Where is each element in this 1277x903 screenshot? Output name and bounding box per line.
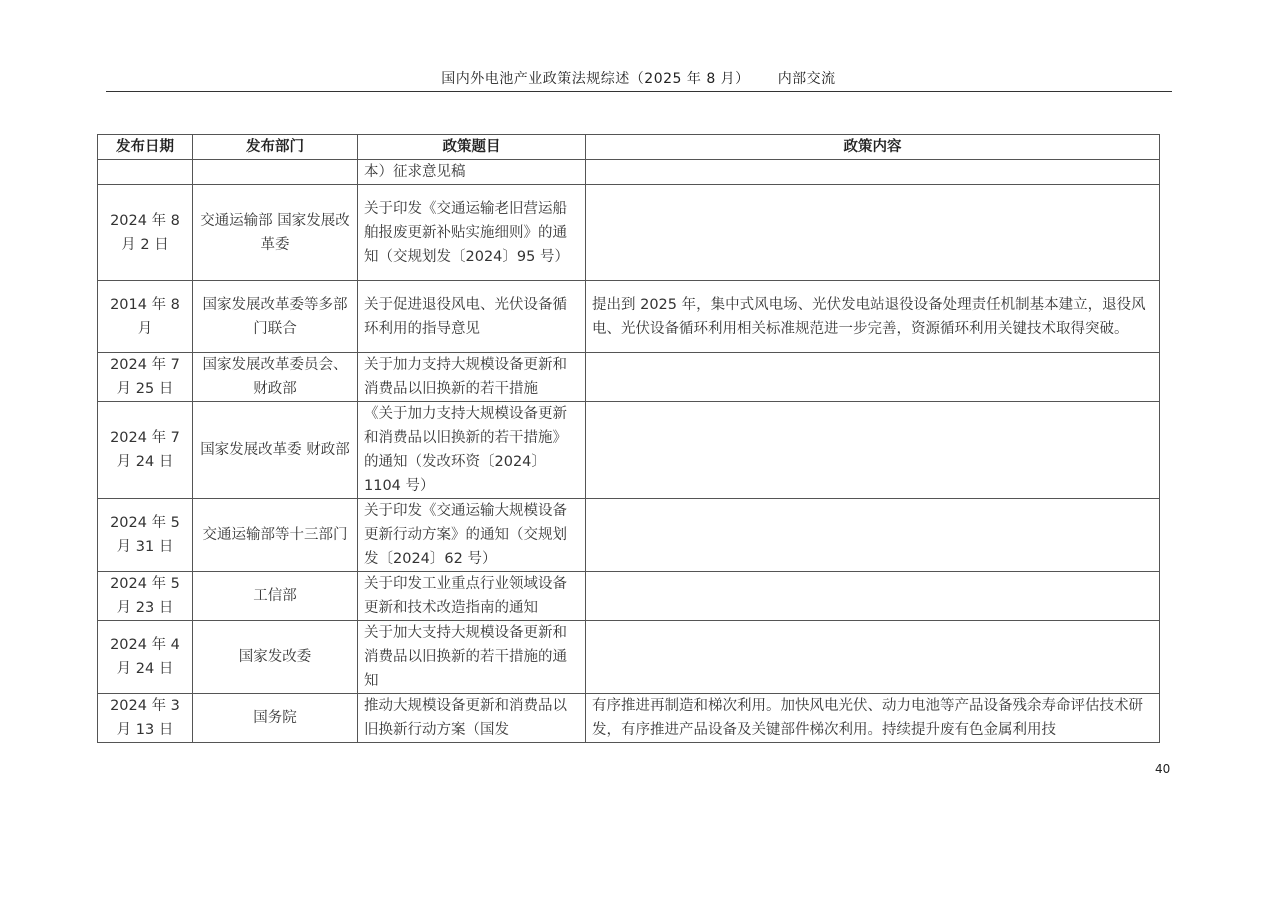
cell-policy-content: 提出到 2025 年，集中式风电场、光伏发电站退役设备处理责任机制基本建立，退役… <box>586 281 1160 353</box>
cell-date: 2014 年 8 月 <box>98 281 193 353</box>
cell-date: 2024 年 5 月 31 日 <box>98 499 193 572</box>
cell-department: 交通运输部等十三部门 <box>193 499 358 572</box>
table-row: 2024 年 4 月 24 日 国家发改委 关于加大支持大规模设备更新和消费品以… <box>98 621 1160 694</box>
cell-policy-title: 推动大规模设备更新和消费品以旧换新行动方案（国发 <box>358 694 586 743</box>
policy-table: 发布日期 发布部门 政策题目 政策内容 本）征求意见稿 2024 年 8 月 2… <box>97 134 1160 743</box>
document-title: 国内外电池产业政策法规综述（2025 年 8 月） <box>441 71 749 87</box>
table-row: 2024 年 7 月 25 日 国家发展改革委员会、财政部 关于加力支持大规模设… <box>98 353 1160 402</box>
cell-department <box>193 160 358 185</box>
cell-policy-content <box>586 572 1160 621</box>
cell-policy-title: 关于印发工业重点行业领域设备更新和技术改造指南的通知 <box>358 572 586 621</box>
page-header: 国内外电池产业政策法规综述（2025 年 8 月）内部交流 <box>0 68 1277 88</box>
cell-date: 2024 年 8 月 2 日 <box>98 185 193 281</box>
table-row: 本）征求意见稿 <box>98 160 1160 185</box>
cell-policy-content <box>586 621 1160 694</box>
cell-policy-content <box>586 353 1160 402</box>
column-header-policy-content: 政策内容 <box>586 135 1160 160</box>
cell-date: 2024 年 5 月 23 日 <box>98 572 193 621</box>
cell-department: 国家发改委 <box>193 621 358 694</box>
column-header-policy-title: 政策题目 <box>358 135 586 160</box>
cell-policy-title: 《关于加力支持大规模设备更新和消费品以旧换新的若干措施》的通知（发改环资〔202… <box>358 402 586 499</box>
column-header-date: 发布日期 <box>98 135 193 160</box>
cell-policy-content <box>586 160 1160 185</box>
cell-policy-title: 关于印发《交通运输老旧营运船舶报废更新补贴实施细则》的通知（交规划发〔2024〕… <box>358 185 586 281</box>
cell-policy-title: 本）征求意见稿 <box>358 160 586 185</box>
cell-policy-content: 有序推进再制造和梯次利用。加快风电光伏、动力电池等产品设备残余寿命评估技术研发，… <box>586 694 1160 743</box>
cell-department: 国家发展改革委等多部门联合 <box>193 281 358 353</box>
cell-date: 2024 年 3 月 13 日 <box>98 694 193 743</box>
cell-department: 工信部 <box>193 572 358 621</box>
cell-policy-content <box>586 499 1160 572</box>
table-row: 2024 年 5 月 23 日 工信部 关于印发工业重点行业领域设备更新和技术改… <box>98 572 1160 621</box>
distribution-tag: 内部交流 <box>778 71 836 87</box>
cell-department: 国务院 <box>193 694 358 743</box>
table-row: 2024 年 7 月 24 日 国家发展改革委 财政部 《关于加力支持大规模设备… <box>98 402 1160 499</box>
page-number: 40 <box>1155 762 1170 776</box>
cell-policy-title: 关于促进退役风电、光伏设备循环利用的指导意见 <box>358 281 586 353</box>
cell-policy-content <box>586 402 1160 499</box>
cell-department: 国家发展改革委员会、财政部 <box>193 353 358 402</box>
cell-date <box>98 160 193 185</box>
cell-policy-title: 关于加力支持大规模设备更新和消费品以旧换新的若干措施 <box>358 353 586 402</box>
cell-policy-title: 关于加大支持大规模设备更新和消费品以旧换新的若干措施的通知 <box>358 621 586 694</box>
header-divider <box>106 91 1172 92</box>
column-header-department: 发布部门 <box>193 135 358 160</box>
cell-department: 交通运输部 国家发展改革委 <box>193 185 358 281</box>
cell-date: 2024 年 7 月 24 日 <box>98 402 193 499</box>
cell-date: 2024 年 7 月 25 日 <box>98 353 193 402</box>
table-row: 2024 年 5 月 31 日 交通运输部等十三部门 关于印发《交通运输大规模设… <box>98 499 1160 572</box>
cell-date: 2024 年 4 月 24 日 <box>98 621 193 694</box>
cell-policy-content <box>586 185 1160 281</box>
cell-department: 国家发展改革委 财政部 <box>193 402 358 499</box>
cell-policy-title: 关于印发《交通运输大规模设备更新行动方案》的通知（交规划发〔2024〕62 号） <box>358 499 586 572</box>
table-row: 2024 年 8 月 2 日 交通运输部 国家发展改革委 关于印发《交通运输老旧… <box>98 185 1160 281</box>
table-header-row: 发布日期 发布部门 政策题目 政策内容 <box>98 135 1160 160</box>
table-row: 2014 年 8 月 国家发展改革委等多部门联合 关于促进退役风电、光伏设备循环… <box>98 281 1160 353</box>
table-row: 2024 年 3 月 13 日 国务院 推动大规模设备更新和消费品以旧换新行动方… <box>98 694 1160 743</box>
